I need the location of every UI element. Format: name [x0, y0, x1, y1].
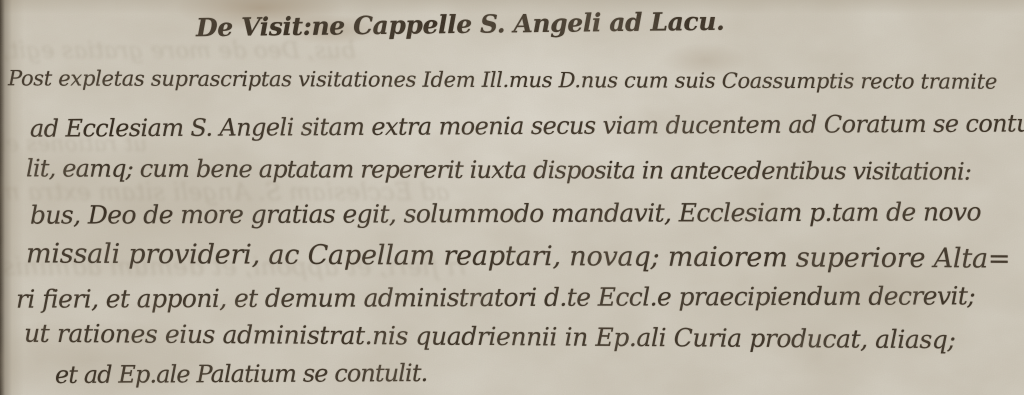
manuscript-line: ri fieri, et apponi, et demum administra…: [16, 281, 975, 313]
manuscript-line: ut rationes eius administrat.nis quadrie…: [24, 319, 956, 355]
manuscript-page: bus, Deo de more gratias egit, solummodo…: [0, 0, 1024, 395]
manuscript-line: Post expletas suprascriptas visitationes…: [8, 66, 997, 93]
manuscript-line: missali provideri, ac Capellam reaptari,…: [26, 238, 1011, 274]
manuscript-line: bus, Deo de more gratias egit, solummodo…: [30, 197, 981, 229]
manuscript-line: et ad Ep.ale Palatium se contulit.: [55, 359, 427, 389]
bleedthrough-ghost-text: bus, Deo de more gratias egit, solummodo…: [0, 38, 356, 64]
manuscript-line: ad Ecclesiam S. Angeli sitam extra moeni…: [30, 109, 1024, 142]
manuscript-line: lit, eamq; cum bene aptatam repererit iu…: [26, 154, 971, 185]
manuscript-title: De Visit:ne Cappelle S. Angeli ad Lacu.: [196, 7, 725, 42]
